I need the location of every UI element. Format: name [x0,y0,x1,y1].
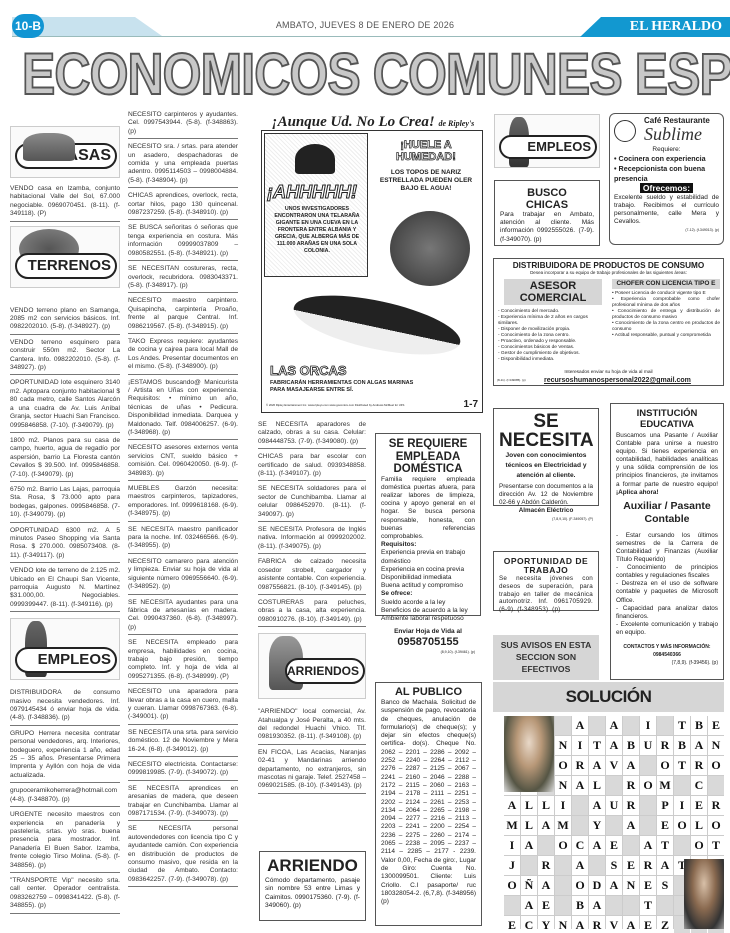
comic-title-text: ¡Aunque Ud. No Lo Crea! [272,114,435,130]
letter-cell: N [555,736,571,755]
busco-text: Para trabajar en Ambato, atención al cli… [500,211,594,244]
clue-cell [623,716,639,735]
letter-cell: I [674,796,690,815]
empleos-label: EMPLEOS [15,647,117,673]
ad-reference: (8-11). (f-349085). (p) [497,377,526,383]
letter-cell: A [504,796,520,815]
oportunidad-ad: OPORTUNIDAD DE TRABAJO Se necesita jóven… [493,551,599,611]
letter-cell: E [708,716,724,735]
comic-number: 1-7 [464,399,478,410]
letter-cell: O [555,756,571,775]
listing: COSTURERAS para peluches, obras a la cas… [258,598,366,627]
letter-cell: A [572,716,588,735]
letter-cell: R [691,756,707,775]
letter-cell: A [606,716,622,735]
sublime-ad: Café Restaurante Sublime Requiere: • Coc… [609,113,724,245]
letter-cell: S [606,856,622,875]
listing-casa: VENDO casa en Izamba, conjunto habitacio… [10,184,120,222]
company-name: Almacén Eléctrico [499,507,593,515]
listing: MUEBLES Garzón necesita: maestros carpin… [128,484,238,522]
asesor-comercial-title: ASESOR COMERCIAL [504,279,602,305]
clue-cell [606,776,622,795]
comic-panel2-title: ¡HUELE A HUMEDAD! [374,139,478,163]
listing: SE NECESITA aparadores de calzado, obras… [258,420,366,449]
clue-cell [674,776,690,795]
send-cv-label: Enviar Hoja de Vida al [381,628,475,636]
letter-cell: T [674,716,690,735]
distribuidora-title: DISTRIBUIDORA DE PRODUCTOS DE CONSUMO [497,261,720,270]
clue-cell [640,756,656,775]
domestica-title: SE REQUIERE EMPLEADA DOMÉSTICA [381,438,475,476]
letter-cell: T [589,736,605,755]
clue-cell [640,816,656,835]
al-publico-text: Banco de Machala. Solicitud de suspensió… [381,699,476,906]
institucion-role: Auxiliar / Pasante Contable [616,500,718,526]
brand-logo: EL HERALDO [580,17,730,37]
se-necesita-subtitle: Joven con conocimientos técnicos en Elec… [499,451,593,481]
contact-email[interactable]: recursoshumanospersonal2022@gmail.com [544,378,691,384]
comic-panel2-text: Los topos de nariz estrellada pueden ole… [378,169,474,193]
listing: TAKO Express requiere: ayudantes de coci… [128,337,238,375]
letter-cell: M [504,816,520,835]
clue-cell [606,896,622,915]
comic-title: ¡Aunque Ud. No Lo Crea! de Ripley's [262,114,484,131]
letter-cell: Y [589,816,605,835]
offers-label: Se ofrece: [381,590,475,598]
arriendo-title: ARRIENDO [265,855,360,877]
se-necesita-title: SE [499,412,593,431]
letter-cell: C [521,916,537,933]
terrenos-logo: TERRENOS [10,226,120,288]
clue-cell [521,856,537,875]
requirement: • Experiencia comprobable como chofer pr… [612,297,720,309]
letter-cell: E [504,916,520,933]
listing: NECESITO electricista. Contactarse: 0999… [128,760,238,781]
listing-empleo: GRUPO Herrera necesita contratar persona… [10,729,120,783]
letter-cell: C [572,836,588,855]
cafe-logo-icon [614,120,636,142]
offer: Sueldo acorde a la ley [381,599,475,607]
listing: SE NECESITA personal autovendedores con … [128,824,238,887]
orca-illustration [289,284,465,366]
ad-reference: (7,8,9). (f-39456). (p) [616,659,718,667]
se-necesita-ad: SE NECESITA Joven con conocimientos técn… [493,408,599,506]
letter-cell: L [538,796,554,815]
listing: SE NECESITA ayudantes para una fábrica d… [128,598,238,636]
comic-panel1-text: Unos investigadores encontraron una TELA… [269,206,365,255]
letter-cell: R [572,756,588,775]
arriendos-label: ARRIENDOS [285,658,365,684]
letter-cell: O [504,876,520,895]
letter-cell: D [589,876,605,895]
requirement: • Actitud responsable, puntual y comprom… [612,333,720,339]
domestica-intro: Familia requiere empleada doméstica puer… [381,476,475,542]
oportunidad-title: OPORTUNIDAD DE TRABAJO [499,557,593,575]
terrenos-label: TERRENOS [15,253,117,279]
letter-cell: I [504,836,520,855]
letter-cell: E [691,796,707,815]
distribuidora-subtitle: Desea incorporar a su equipo de trabajo … [497,270,720,276]
clue-cell [555,856,571,875]
offer: Ambiente laboral respetuoso [381,615,475,623]
clue-cell [555,896,571,915]
house-icon [23,133,75,161]
requirement: - Conocimiento de principios contables y… [616,564,718,580]
requirement: - Excelente comunicación y trabajo en eq… [616,621,718,637]
listing: NECESITO asesores externos venta servici… [128,443,238,481]
letter-cell: E [657,816,673,835]
listing: SE NECESITA maestro panificador para la … [128,525,238,554]
letter-cell: R [640,856,656,875]
letter-cell: C [691,776,707,795]
listing-empleo: grupoceramikoherrera@hotmail.com (4-8). … [10,786,120,807]
ripley-comic: ¡AHHHHH! Unos investigadores encontraron… [261,130,483,413]
crossword-title: SOLUCIÓN HERALDOGRAMA [493,682,724,712]
ad-reference: (7,8,9,10). (F-349057). (P) [499,515,593,523]
clue-cell [555,876,571,895]
letter-cell: A [589,756,605,775]
requirement: • Poseer Licencia de conducir vigente ti… [612,291,720,297]
listing: SE NECESITA una srta. para servicio domé… [128,728,238,757]
requirement: Buena actitud y compromiso [381,582,475,590]
al-publico-notice: AL PUBLICO Banco de Machala. Solicitud d… [375,682,482,926]
requirement: - Destreza en el uso de software contabl… [616,580,718,604]
clue-cell [538,836,554,855]
ad-reference: (7-12). (f-349013). (p) [614,226,719,234]
listing: NECESITO carpinteros y ayudantes. Cel. 0… [128,110,238,139]
column-1: CASAS VENDO casa en Izamba, conjunto hab… [10,126,120,917]
crossword-photo-woman-2 [684,859,724,929]
offer: Beneficios de acuerdo a la ley [381,607,475,615]
listing-terreno: VENDO lote de terreno de 2.125 m2. Ubica… [10,566,120,612]
letter-cell: A [589,836,605,855]
listing-terreno: 6750 m2. Barrio Las Lajas, parroquia Sta… [10,485,120,523]
letter-cell: T [657,836,673,855]
listing: NECESITO camarero para atención y limpie… [128,557,238,595]
listing: ¡ESTAMOS buscando@ Manicurista / Artista… [128,378,238,441]
clue-cell [555,716,571,735]
clue-cell [708,776,724,795]
al-publico-title: AL PUBLICO [381,686,476,699]
letter-cell: O [640,776,656,795]
se-necesita-text: Presentarse con documentos a la direcció… [499,483,593,507]
arriendos-logo: ARRIENDOS [258,633,366,699]
requirement: - Capacidad para analizar datos financie… [616,605,718,621]
institucion-intro: Buscamos una Pasante / Auxiliar Contable… [616,432,718,488]
clue-cell [623,896,639,915]
comic-panel-spider: ¡AHHHHH! Unos investigadores encontraron… [264,133,368,277]
letter-cell: O [708,756,724,775]
listing: CHICAS para bar escolar con certificado … [258,452,366,481]
letter-cell: A [538,816,554,835]
letter-cell: J [504,856,520,875]
domestica-ad: SE REQUIERE EMPLEADA DOMÉSTICA Familia r… [375,433,481,616]
letter-cell: U [640,736,656,755]
letter-cell: A [606,876,622,895]
letter-cell: N [708,736,724,755]
requirement: • Conocimiento de la zona centro en prod… [612,321,720,333]
letter-cell: A [538,876,554,895]
comic-byline: de Ripley's [438,119,474,128]
listing: FABRICA de calzado necesita cosedor stro… [258,557,366,595]
empleos-logo-2: EMPLEOS [494,114,600,168]
letter-cell: A [640,836,656,855]
letter-cell: N [555,916,571,933]
letter-cell: A [589,796,605,815]
letter-cell: A [572,776,588,795]
letter-cell: R [538,856,554,875]
letter-cell: A [572,856,588,875]
letter-cell: L [521,796,537,815]
listing-arriendo: EN FICOA, Las Acacias, Naranjas 02-41 y … [258,748,366,794]
column-3: SE NECESITA aparadores de calzado, obras… [258,420,366,797]
empleos-logo: EMPLEOS [10,618,120,680]
letter-cell: L [691,816,707,835]
clue-cell [623,836,639,855]
letter-cell: Ñ [521,876,537,895]
letter-cell: N [555,776,571,795]
ofrecemos-label: Ofrecemos: [640,183,693,193]
letter-cell: A [623,756,639,775]
listing: SE NECESITA soldadores para el sector de… [258,484,366,522]
sublime-item: • Cocinera con experiencia [614,154,719,164]
letter-cell: E [640,876,656,895]
letter-cell: R [623,796,639,815]
letter-cell: E [538,896,554,915]
busco-title: BUSCO CHICAS [500,187,594,211]
letter-cell: Y [538,916,554,933]
letter-cell: O [657,756,673,775]
mole-illustration [390,211,470,286]
letter-cell: T [640,896,656,915]
letter-cell: B [674,736,690,755]
listing: CHICAS aprendices, overlock, recta, cort… [128,191,238,220]
listing: SE NECESITA aprendices en aresanias de m… [128,784,238,822]
listing: NECESITO sra. / srtas. para atender un a… [128,142,238,188]
letter-cell: A [572,916,588,933]
casas-logo: CASAS [10,126,120,178]
oportunidad-text: Se necesita jóvenes con deseos de supera… [499,575,593,614]
clue-cell [640,796,656,815]
clue-cell [589,856,605,875]
letter-cell: E [606,836,622,855]
comic-shout: ¡AHHHHH! [267,182,367,203]
clue-cell [504,896,520,915]
empleos-label: EMPLEOS [499,135,597,159]
listing: NECESITO una aparadora para llevar obras… [128,687,238,725]
requirement: Disponibilidad inmediata [381,574,475,582]
listing-empleo: "TRANSPORTE Vip" necesito srta. call cen… [10,876,120,914]
ad-reference: (8,9,10). (f-39461). (p) [381,648,475,656]
listing: SE NECESITAN costureras, recta, overlock… [128,264,238,293]
clue-cell [674,836,690,855]
letter-cell: V [606,916,622,933]
clue-cell [657,716,673,735]
letter-cell: U [606,796,622,815]
letter-cell: O [691,836,707,855]
listing-arriendo: "ARRIENDO" local comercial, Av. Atahualp… [258,707,366,745]
letter-cell: O [572,876,588,895]
requirement: • Conocimiento de entrega y distribución… [612,309,720,321]
arriendo-text: Cómodo departamento, pasaje sin nombre 5… [265,877,360,911]
letter-cell: N [623,876,639,895]
letter-cell: A [657,856,673,875]
listing-empleo: URGENTE necesito maestros con experienci… [10,810,120,873]
comic-panel3-title: LAS ORCAS [270,363,347,378]
sublime-requiere: Requiere: [614,146,719,154]
distribuidora-footer: Interesados enviar su hoja de vida al ma… [494,370,723,376]
requirement: - Estar cursando los últimos semestres d… [616,532,718,564]
listing-terreno: OPORTUNIDAD 6300 m2. A 5 minutos Paseo S… [10,526,120,564]
letter-cell: R [657,736,673,755]
letter-cell: A [606,736,622,755]
letter-cell: M [657,776,673,795]
letter-cell: T [674,756,690,775]
distribuidora-ad: DISTRIBUIDORA DE PRODUCTOS DE CONSUMO De… [493,258,724,386]
letter-cell: A [623,916,639,933]
letter-cell: A [521,896,537,915]
section-title: ECONOMICOS COMUNES ESPECIALES [22,44,624,106]
letter-cell: B [623,736,639,755]
letter-cell: O [555,836,571,855]
sublime-item: • Recepcionista con buena presencia [614,164,719,184]
requirement: - Experiencia mínima de 2 años en cargos… [498,315,608,327]
letter-cell: P [657,796,673,815]
arriendo-box: ARRIENDO Cómodo departamento, pasaje sin… [259,851,366,921]
letter-cell: R [623,776,639,795]
listing: SE BUSCA señoritas ó señoras que tenga e… [128,223,238,261]
letter-cell: M [555,816,571,835]
sus-avisos-banner: SUS AVISOS EN ESTA SECCION SON EFECTIVOS [493,635,599,680]
letter-cell: A [589,896,605,915]
institucion-contact: CONTACTOS Y MÁS INFORMACIÓN: 0984540366 [616,643,718,659]
letter-cell: O [708,816,724,835]
listing-terreno: VENDO terreno plano en Samanga, 2085 m2 … [10,306,120,335]
page-header: 10-B AMBATO, JUEVES 8 DE ENERO DE 2026 E… [0,0,730,38]
institucion-cta: ¡Aplica ahora! [616,489,659,496]
sublime-text: Excelente sueldo y estabilidad de trabaj… [614,194,719,226]
institucion-title: INSTITUCIÓN EDUCATIVA [616,408,718,430]
listing-terreno: OPORTUNIDAD lote esquinero 3140 m2. Apto… [10,378,120,432]
letter-cell: I [572,736,588,755]
listing-terreno: VENDO terreno esquinero para construir 5… [10,338,120,376]
listing-terreno: 1800 m2. Planos para su casa de campo, h… [10,436,120,482]
letter-cell: O [674,816,690,835]
letter-cell: Z [657,916,673,933]
requirements-label: Requisitos: [381,541,475,549]
listing: NECESITO maestro carpintero. Quisapincha… [128,296,238,334]
letter-cell: R [708,796,724,815]
letter-cell: B [691,716,707,735]
requirement: - Disponibilidad inmediata. [498,357,608,363]
contact-phone: 0958705155 [381,636,475,648]
clue-cell [589,716,605,735]
chofer-title: CHOFER CON LICENCIA TIPO E [612,279,720,289]
requirement: Experiencia en cocina previa [381,566,475,574]
clue-cell [657,896,673,915]
clue-cell [572,816,588,835]
letter-cell: L [521,816,537,835]
cave-icon [295,144,335,174]
listing: SE NECESITA empleado para empresa, habil… [128,638,238,684]
clue-cell [606,816,622,835]
letter-cell: R [589,916,605,933]
comic-credit: © 2026 Ripley Entertainment Inc. www.rip… [266,403,456,407]
comic-panel3-text: fabricarán HERRAMIENTAS con algas marina… [270,380,420,394]
crossword-photo-woman [504,716,554,792]
letter-cell: L [589,776,605,795]
letter-cell: B [572,896,588,915]
clue-cell [572,796,588,815]
letter-cell: E [640,916,656,933]
letter-cell: S [657,876,673,895]
listing-empleo: DISTRIBUIDORA de consumo masivo necesita… [10,688,120,726]
letter-cell: A [623,816,639,835]
requirement: Experiencia previa en trabajo doméstico [381,549,475,565]
busco-chicas-ad: BUSCO CHICAS Para trabajar en Ambato, at… [494,180,600,246]
column-2: NECESITO carpinteros y ayudantes. Cel. 0… [128,110,238,890]
letter-cell: A [521,836,537,855]
letter-cell: E [623,856,639,875]
letter-cell: A [691,736,707,755]
se-necesita-title: NECESITA [499,431,593,451]
letter-cell: I [640,716,656,735]
letter-cell: V [606,756,622,775]
listing: SE NECESITA Profesora de Inglés nativa. … [258,525,366,554]
institucion-ad: INSTITUCIÓN EDUCATIVA Buscamos una Pasan… [610,403,724,680]
letter-cell: I [555,796,571,815]
letter-cell: T [708,836,724,855]
